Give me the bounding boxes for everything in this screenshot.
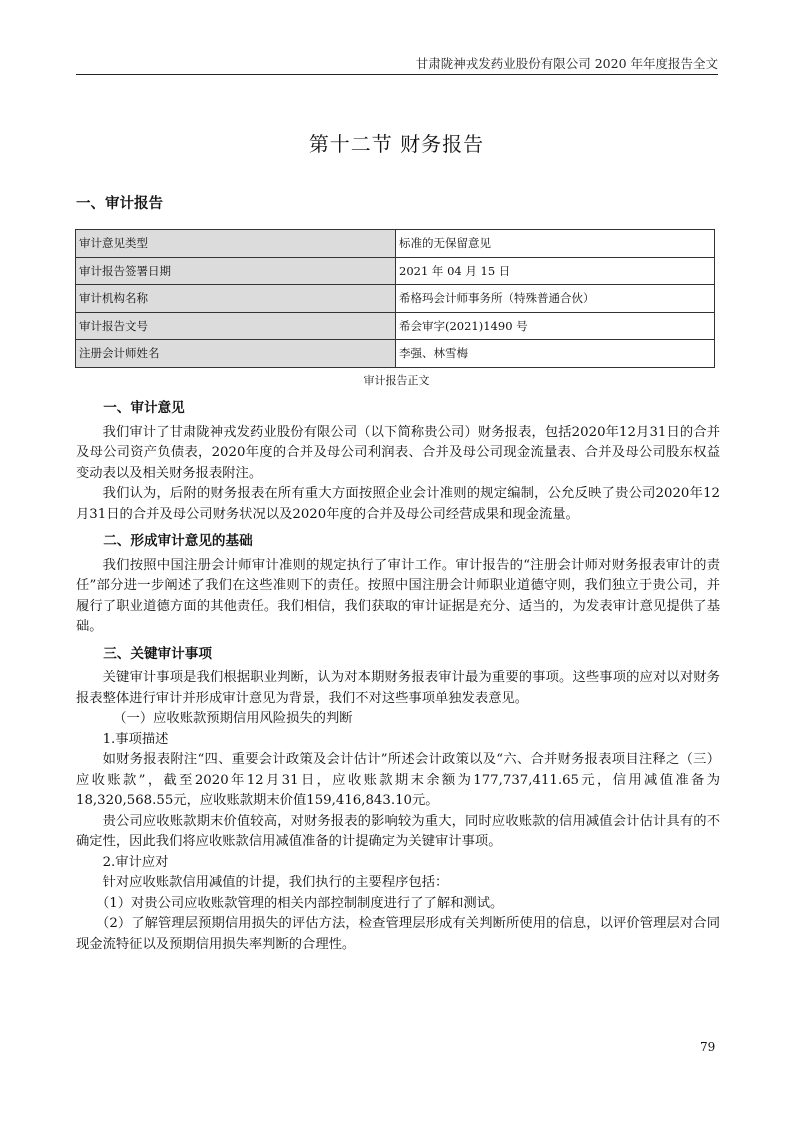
row-label: 审计机构名称 — [76, 285, 396, 313]
page-number: 79 — [700, 1040, 715, 1054]
paragraph: 我们按照中国注册会计师审计准则的规定执行了审计工作。审计报告的“注册会计师对财务… — [76, 556, 720, 638]
table-caption: 审计报告正文 — [0, 372, 793, 388]
report-body: 一、审计意见 我们审计了甘肃陇神戎发药业股份有限公司（以下简称贵公司）财务报表，… — [76, 394, 720, 955]
table-row: 注册会计师姓名 李强、林雪梅 — [76, 340, 715, 368]
table-row: 审计机构名称 希格玛会计师事务所（特殊普通合伙） — [76, 285, 715, 313]
row-label: 审计报告签署日期 — [76, 257, 396, 285]
paragraph: 针对应收账款信用减值的计提，我们执行的主要程序包括： — [76, 873, 720, 894]
response-label: 2.审计应对 — [76, 853, 720, 874]
row-label: 审计意见类型 — [76, 230, 396, 258]
audit-info-table: 审计意见类型 标准的无保留意见 审计报告签署日期 2021 年 04 月 15 … — [75, 229, 715, 368]
row-value: 李强、林雪梅 — [396, 340, 715, 368]
description-label: 1.事项描述 — [76, 730, 720, 751]
running-header-title: 甘肃陇神戎发药业股份有限公司 2020 年年度报告全文 — [416, 54, 718, 72]
heading-audit-report: 一、审计报告 — [76, 192, 163, 213]
row-label: 审计报告文号 — [76, 312, 396, 340]
heading-opinion: 一、审计意见 — [76, 398, 720, 419]
procedure-item: （2）了解管理层预期信用损失的评估方法，检查管理层形成有关判断所使用的信息，以评… — [76, 914, 720, 955]
paragraph: 关键审计事项是我们根据职业判断，认为对本期财务报表审计最为重要的事项。这些事项的… — [76, 668, 720, 709]
heading-key-matters: 三、关键审计事项 — [76, 644, 720, 665]
section-title: 第十二节 财务报告 — [0, 128, 793, 157]
row-value: 标准的无保留意见 — [396, 230, 715, 258]
running-header: 甘肃陇神戎发药业股份有限公司 2020 年年度报告全文 — [76, 50, 718, 75]
table-row: 审计意见类型 标准的无保留意见 — [76, 230, 715, 258]
table-row: 审计报告文号 希会审字(2021)1490 号 — [76, 312, 715, 340]
row-value: 希会审字(2021)1490 号 — [396, 312, 715, 340]
paragraph: 如财务报表附注“四、重要会计政策及会计估计”所述会计政策以及“六、合并财务报表项… — [76, 750, 720, 812]
row-value: 希格玛会计师事务所（特殊普通合伙） — [396, 285, 715, 313]
heading-basis: 二、形成审计意见的基础 — [76, 531, 720, 552]
paragraph: 我们认为，后附的财务报表在所有重大方面按照企业会计准则的规定编制，公允反映了贵公… — [76, 484, 720, 525]
paragraph: 我们审计了甘肃陇神戎发药业股份有限公司（以下简称贵公司）财务报表，包括2020年… — [76, 423, 720, 485]
row-label: 注册会计师姓名 — [76, 340, 396, 368]
key-matter-title: （一）应收账款预期信用风险损失的判断 — [76, 709, 720, 730]
table-row: 审计报告签署日期 2021 年 04 月 15 日 — [76, 257, 715, 285]
row-value: 2021 年 04 月 15 日 — [396, 257, 715, 285]
paragraph: 贵公司应收账款期末价值较高，对财务报表的影响较为重大，同时应收账款的信用减值会计… — [76, 812, 720, 853]
procedure-item: （1）对贵公司应收账款管理的相关内部控制制度进行了了解和测试。 — [76, 894, 720, 915]
